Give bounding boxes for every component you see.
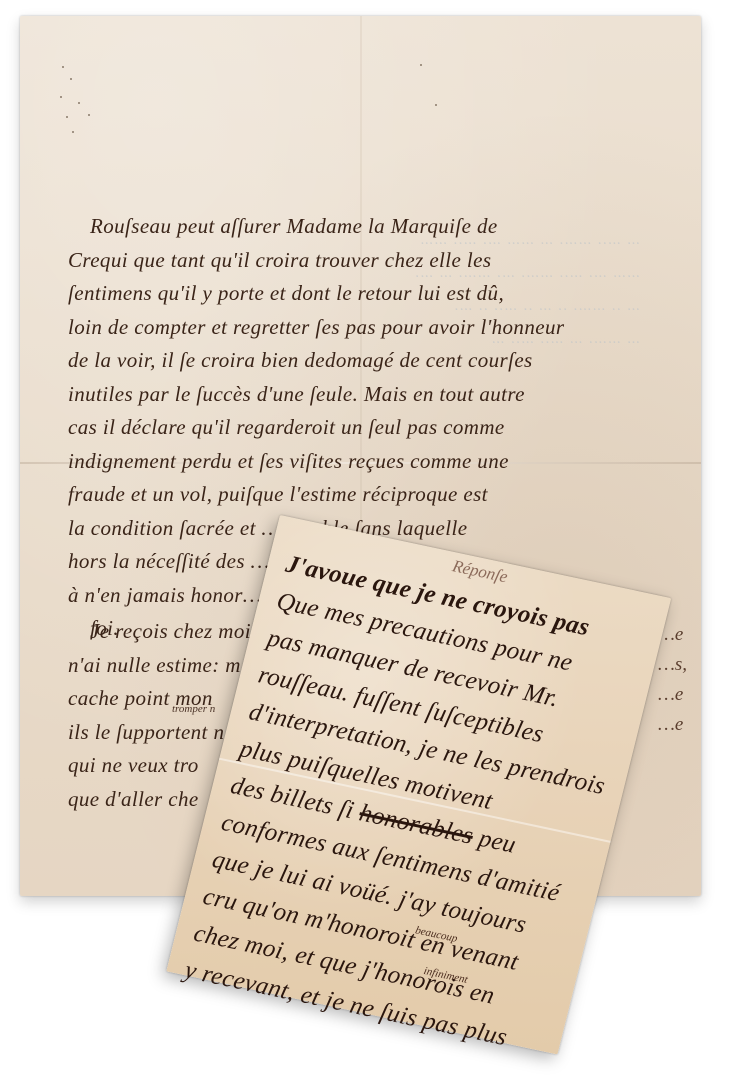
letter-line: fraude et un vol, puiſque l'estime récip…	[68, 478, 668, 512]
fragment: …e	[658, 680, 687, 710]
letter-line: cas il déclare qu'il regarderoit un ſeul…	[68, 411, 668, 445]
letter-line: indignement perdu et ſes viſites reçues …	[68, 445, 668, 479]
letter-line: Crequi que tant qu'il croira trouver che…	[68, 244, 668, 278]
note-body: J'avoue que je ne croyois pas Que mes pr…	[180, 546, 662, 1068]
interlinear-insertion: tromper n	[172, 703, 215, 715]
letter-line: inutiles par le ſuccès d'une ſeule. Mais…	[68, 378, 668, 412]
replacement-word: peu	[476, 825, 519, 859]
letter-right-edge-fragments: …e …s, …e …e	[658, 620, 687, 740]
letter-line: de la voir, il ſe croira bien dedomagé d…	[68, 344, 668, 378]
letter-line: Rouſseau peut aſſurer Madame la Marquiſe…	[68, 210, 668, 244]
letter-line: loin de compter et regretter ſes pas pou…	[68, 311, 668, 345]
letter-line: ſentimens qu'il y porte et dont le retou…	[68, 277, 668, 311]
fragment: …e	[658, 710, 687, 740]
fragment: …s,	[658, 650, 687, 680]
